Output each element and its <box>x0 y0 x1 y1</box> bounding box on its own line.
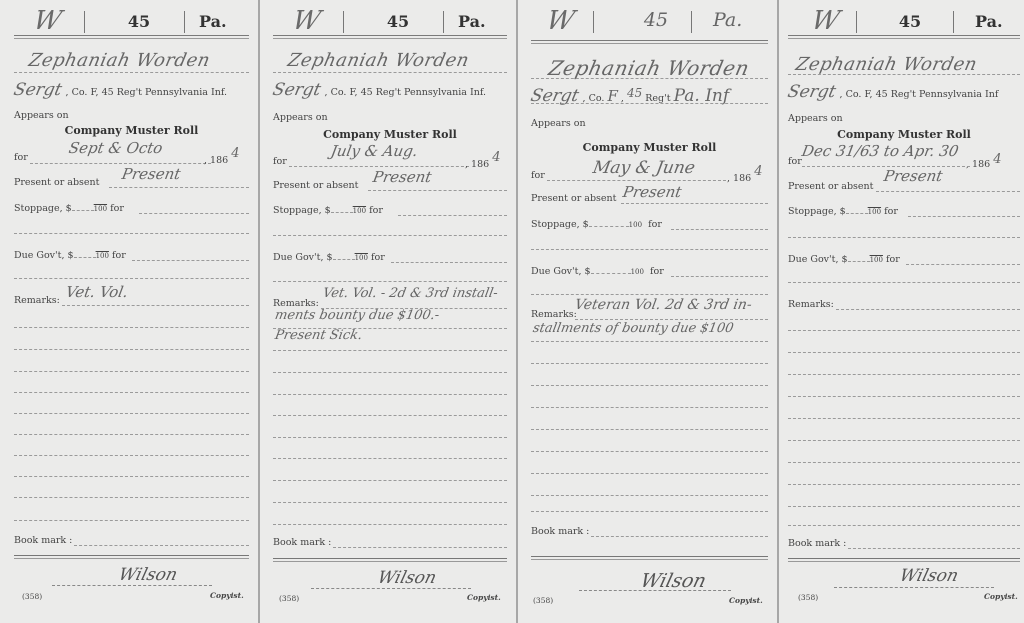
remarks-line <box>836 309 1020 310</box>
present-value: Present <box>621 183 683 201</box>
rank: Sergt <box>786 82 838 102</box>
remarks-line <box>531 341 768 342</box>
year-digit: 4 <box>993 152 1001 167</box>
period-value: Sept & Octo <box>67 139 164 157</box>
remarks-line <box>788 506 1020 507</box>
header-separator <box>856 11 857 33</box>
rank-unit-line: Sergt, Co. F, 45 Reg't Pennsylvania Inf. <box>273 80 486 100</box>
remarks-line <box>531 473 768 474</box>
remarks-line <box>14 392 249 393</box>
remarks-line <box>14 434 249 435</box>
signature-line <box>834 587 994 588</box>
remarks-line <box>273 502 507 503</box>
remarks-line <box>14 476 249 477</box>
form-number: (358) <box>533 596 553 605</box>
remarks-line <box>788 484 1020 485</box>
card-header: W 45 Pa. <box>14 6 249 36</box>
remarks-line <box>273 480 507 481</box>
remarks-line <box>273 415 507 416</box>
remarks-line <box>531 429 768 430</box>
blank-line <box>788 282 1020 283</box>
remarks-line-3: Present Sick. <box>274 328 364 343</box>
signature-line <box>579 590 731 591</box>
regiment-number: 45 <box>870 12 950 31</box>
present-value: Present <box>882 167 944 185</box>
due-line <box>391 262 507 263</box>
remarks-line <box>14 371 249 372</box>
due-govt-label: Due Gov't, $100 for <box>273 252 385 263</box>
blank-line <box>14 233 249 234</box>
due-govt-label: Due Gov't, $100 for <box>788 254 900 265</box>
header-separator <box>593 11 594 33</box>
remarks-line <box>273 458 507 459</box>
remarks-line <box>575 319 768 320</box>
surname-initial: W <box>30 6 61 36</box>
stoppage-line <box>398 215 507 216</box>
due-govt-label: Due Gov't, $100 for <box>14 250 126 261</box>
stoppage-label: Stoppage, $100 for <box>788 206 898 217</box>
for-label: for <box>273 156 287 167</box>
present-line <box>621 203 768 204</box>
bookmark-rule <box>273 558 507 562</box>
blank-line <box>273 281 507 282</box>
bookmark-rule <box>14 555 249 559</box>
regiment-value: 45 <box>627 86 642 100</box>
year-label: , 1864 <box>465 156 500 171</box>
year-label: , 1864 <box>204 152 239 167</box>
remarks-line <box>14 455 249 456</box>
rank-unit-line: Sergt, Co. F, 45 Reg't Pennsylvania Inf. <box>14 80 227 100</box>
remarks-line-1: Vet. Vol. - 2d & 3rd install- <box>322 286 499 301</box>
present-line <box>368 190 507 191</box>
soldier-name: Zephaniah Worden <box>27 50 212 71</box>
due-line <box>132 260 249 261</box>
unit: , Co. F, 45 Reg't Pennsylvania Inf. <box>325 87 487 98</box>
period-line <box>289 166 469 167</box>
present-label: Present or absent <box>531 193 616 204</box>
year-digit: 4 <box>754 164 762 179</box>
name-line <box>531 78 768 79</box>
remarks-line <box>788 396 1020 397</box>
card-may-jun: W 45 Pa. Zephaniah Worden Sergt, Co. F ,… <box>517 0 778 623</box>
form-number: (358) <box>798 593 818 602</box>
rank-unit-line: Sergt, Co. F, 45 Reg't Pennsylvania Inf <box>788 82 998 102</box>
present-label: Present or absent <box>273 180 358 191</box>
card-dec-apr: W 45 Pa. Zephaniah Worden Sergt, Co. F, … <box>778 0 1024 623</box>
remarks-label: Remarks: <box>788 299 834 310</box>
copyist-label: Copyist. <box>467 593 501 602</box>
period-value: Dec 31/63 to Apr. 30 <box>800 142 960 160</box>
rank: Sergt <box>12 80 64 100</box>
remarks-line <box>531 495 768 496</box>
blank-line <box>14 278 249 279</box>
remarks-line <box>14 497 249 498</box>
for-label: for <box>14 152 28 163</box>
name-line <box>788 74 1020 75</box>
remarks-label: Remarks: <box>531 309 577 320</box>
remarks-line <box>788 418 1020 419</box>
remarks-label: Remarks: <box>14 295 60 306</box>
remarks-line <box>14 520 249 521</box>
remarks-line-2: stallments of bounty due $100 <box>532 321 735 336</box>
header-separator <box>953 11 954 33</box>
stoppage-label: Stoppage, $100 for <box>531 219 662 230</box>
present-value: Present <box>371 168 433 186</box>
period-value: July & Aug. <box>329 142 419 160</box>
card-header: W 45 Pa. <box>788 6 1020 36</box>
bookmark-line <box>591 536 768 537</box>
stoppage-label: Stoppage, $100 for <box>14 203 124 214</box>
remarks-line <box>14 327 249 328</box>
soldier-name: Zephaniah Worden <box>286 50 471 71</box>
name-line <box>14 72 249 73</box>
present-line <box>109 187 249 188</box>
due-line <box>906 264 1020 265</box>
header-rule <box>788 35 1020 39</box>
bookmark-label: Book mark : <box>14 535 72 546</box>
header-separator <box>343 11 344 33</box>
roll-title: Company Muster Roll <box>273 128 507 141</box>
card-divider <box>516 0 518 623</box>
regiment-number: 45 <box>358 12 438 31</box>
surname-initial: W <box>808 6 839 36</box>
remarks-line <box>531 363 768 364</box>
bookmark-line <box>74 545 249 546</box>
bookmark-label: Book mark : <box>273 537 331 548</box>
year-digit: 4 <box>231 146 239 161</box>
year-label: , 1864 <box>966 156 1001 171</box>
year-label: , 1864 <box>727 170 762 185</box>
remarks-line <box>273 350 507 351</box>
present-label: Present or absent <box>788 181 873 192</box>
state: Pa. <box>975 12 1003 31</box>
signature-line <box>52 585 212 586</box>
present-value: Present <box>120 165 182 183</box>
header-separator <box>443 11 444 33</box>
bookmark-label: Book mark : <box>531 526 589 537</box>
due-line <box>671 276 768 277</box>
remarks-line <box>788 330 1020 331</box>
due-govt-label: Due Gov't, $100 for <box>531 266 664 277</box>
stoppage-line <box>671 229 768 230</box>
card-jul-aug: W 45 Pa. Zephaniah Worden Sergt, Co. F, … <box>259 0 517 623</box>
header-separator <box>184 11 185 33</box>
card-sept-oct: W 45 Pa. Zephaniah Worden Sergt, Co. F, … <box>0 0 259 623</box>
appears-on-label: Appears on <box>273 112 328 123</box>
remarks-line <box>273 372 507 373</box>
copyist-signature: Wilson <box>117 565 180 585</box>
remarks-line <box>14 349 249 350</box>
state: Pa. <box>458 12 486 31</box>
stoppage-line <box>139 213 249 214</box>
roll-title: Company Muster Roll <box>788 128 1020 141</box>
surname-initial: W <box>289 6 320 36</box>
soldier-name: Zephaniah Worden <box>546 56 751 80</box>
remarks-line <box>531 407 768 408</box>
blank-line <box>273 235 507 236</box>
appears-on-label: Appears on <box>531 118 586 129</box>
remarks-line <box>531 511 768 512</box>
header-rule <box>531 40 768 44</box>
state: Pa. <box>713 9 742 31</box>
unit-line <box>531 103 768 104</box>
remarks-line <box>788 352 1020 353</box>
card-divider <box>258 0 260 623</box>
remarks-line <box>62 305 249 306</box>
bookmark-line <box>848 548 1020 549</box>
card-header: W 45 Pa. <box>531 6 768 36</box>
remarks-line <box>788 462 1020 463</box>
remarks-line-1: Veteran Vol. 2d & 3rd in- <box>574 297 753 313</box>
remarks-line <box>788 525 1020 526</box>
bookmark-line <box>333 547 507 548</box>
unit: , Co. F, 45 Reg't Pennsylvania Inf. <box>66 87 228 98</box>
header-separator <box>84 11 85 33</box>
stoppage-line <box>908 216 1020 217</box>
remarks-line <box>788 440 1020 441</box>
period-line <box>30 163 211 164</box>
regiment-number: 45 <box>99 12 179 31</box>
blank-line <box>531 249 768 250</box>
for-label: for <box>531 170 545 181</box>
year-digit: 4 <box>492 150 500 165</box>
card-header: W 45 Pa. <box>273 6 507 36</box>
name-line <box>273 72 507 73</box>
present-line <box>876 191 1020 192</box>
form-number: (358) <box>22 592 42 601</box>
copyist-label: Copyist. <box>729 596 763 605</box>
blank-line <box>788 237 1020 238</box>
state: Pa. <box>199 12 227 31</box>
bookmark-rule <box>788 558 1020 562</box>
muster-roll-cards: W 45 Pa. Zephaniah Worden Sergt, Co. F, … <box>0 0 1024 623</box>
remarks-line <box>14 413 249 414</box>
blank-line <box>531 294 768 295</box>
header-rule <box>273 35 507 39</box>
rank: Sergt <box>271 80 323 100</box>
remarks-line-1: Vet. Vol. <box>64 283 129 301</box>
soldier-name: Zephaniah Worden <box>794 54 979 75</box>
bookmark-label: Book mark : <box>788 538 846 549</box>
card-divider <box>777 0 779 623</box>
stoppage-label: Stoppage, $100 for <box>273 205 383 216</box>
remarks-line-2: ments bounty due $100.- <box>274 308 441 323</box>
copyist-signature: Wilson <box>898 566 961 586</box>
period-line <box>547 180 726 181</box>
remarks-line <box>273 394 507 395</box>
remarks-line <box>531 451 768 452</box>
header-rule <box>14 35 249 39</box>
roll-title: Company Muster Roll <box>14 124 249 137</box>
period-value: May & June <box>591 158 696 178</box>
bookmark-rule <box>531 556 768 560</box>
roll-title: Company Muster Roll <box>531 141 768 154</box>
remarks-line <box>788 374 1020 375</box>
remarks-line <box>273 437 507 438</box>
appears-on-label: Appears on <box>14 110 69 121</box>
signature-line <box>311 588 471 589</box>
present-label: Present or absent <box>14 177 99 188</box>
copyist-signature: Wilson <box>638 570 708 592</box>
copyist-signature: Wilson <box>376 568 439 588</box>
copyist-label: Copyist. <box>984 592 1018 601</box>
copyist-label: Copyist. <box>210 591 244 600</box>
surname-initial: W <box>543 6 574 36</box>
header-separator <box>691 11 692 33</box>
regiment-number: 45 <box>616 9 696 31</box>
remarks-line <box>531 385 768 386</box>
unit: , Co. F, 45 Reg't Pennsylvania Inf <box>840 89 999 100</box>
form-number: (358) <box>279 594 299 603</box>
remarks-line <box>273 524 507 525</box>
appears-on-label: Appears on <box>788 113 843 124</box>
